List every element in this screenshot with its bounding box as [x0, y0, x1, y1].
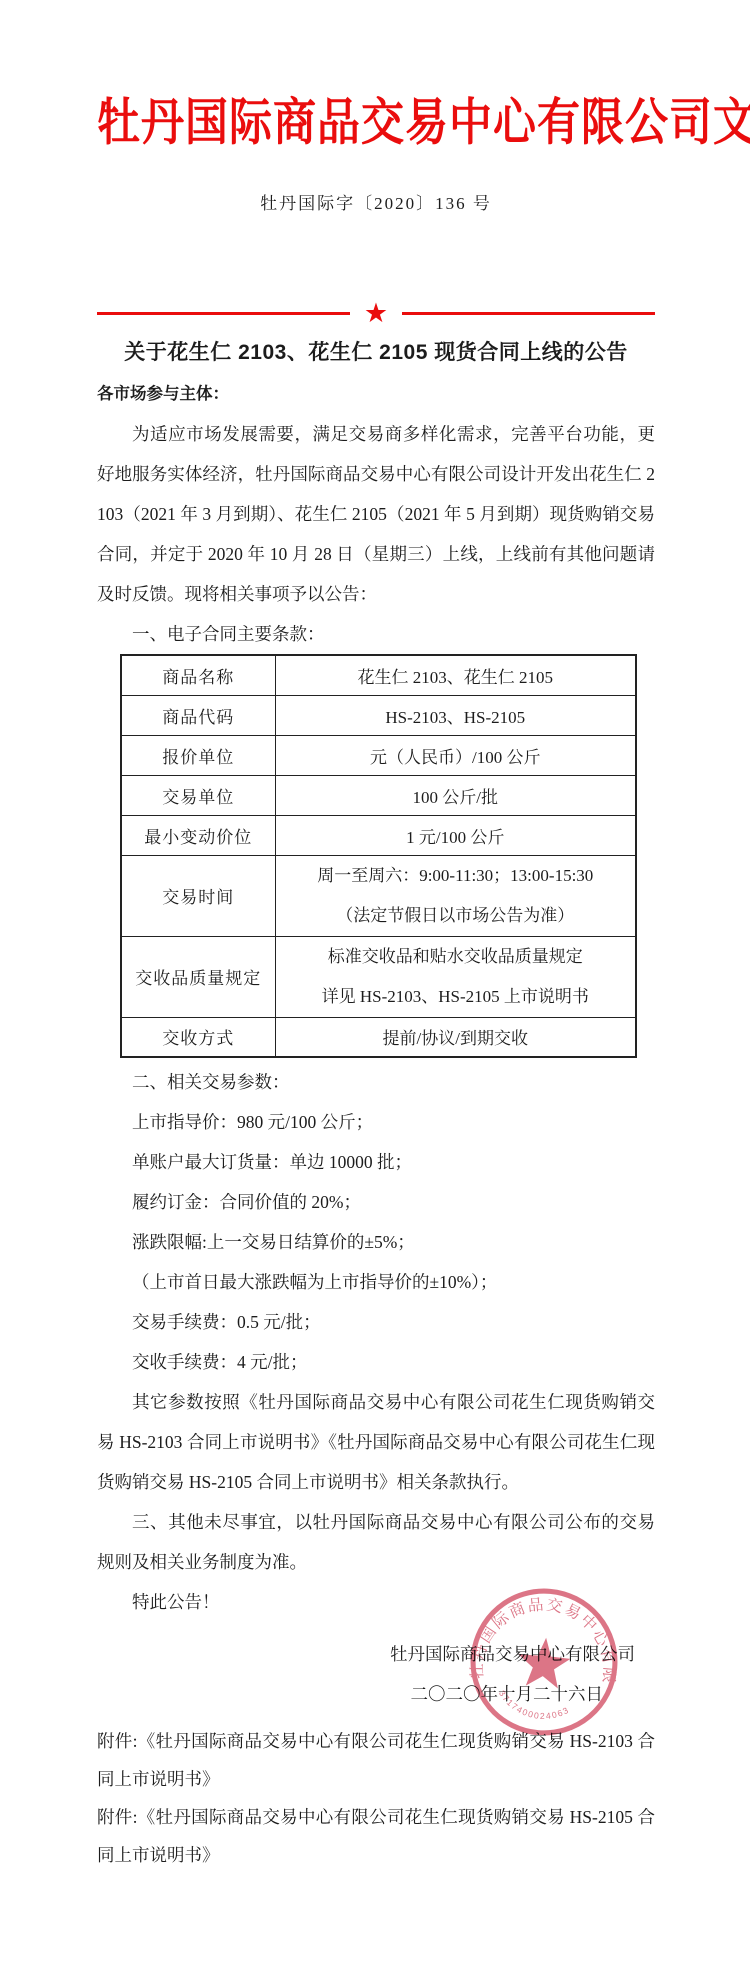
value-line: （法定节假日以市场公告为准） — [280, 896, 632, 936]
value-line: 周一至周六：9:00-11:30；13:00-15:30 — [280, 856, 632, 896]
param-line: 交收手续费：4 元/批； — [97, 1342, 655, 1382]
row-value: 周一至周六：9:00-11:30；13:00-15:30 （法定节假日以市场公告… — [275, 855, 636, 936]
divider-line-right — [402, 312, 655, 315]
row-label: 交易时间 — [121, 855, 275, 936]
row-label: 商品代码 — [121, 695, 275, 735]
row-value: 元（人民币）/100 公斤 — [275, 735, 636, 775]
section3-paragraph: 三、其他未尽事宜，以牡丹国际商品交易中心有限公司公布的交易规则及相关业务制度为准… — [97, 1502, 655, 1582]
other-params-paragraph: 其它参数按照《牡丹国际商品交易中心有限公司花生仁现货购销交易 HS-2103 合… — [97, 1382, 655, 1502]
table-row: 交收品质量规定 标准交收品和贴水交收品质量规定 详见 HS-2103、HS-21… — [121, 936, 636, 1017]
table-row: 交收方式 提前/协议/到期交收 — [121, 1017, 636, 1057]
table-row: 商品代码 HS-2103、HS-2105 — [121, 695, 636, 735]
table-row: 交易时间 周一至周六：9:00-11:30；13:00-15:30 （法定节假日… — [121, 855, 636, 936]
signature-date: 二〇二〇年十月二十六日 — [97, 1674, 655, 1714]
row-value: 100 公斤/批 — [275, 775, 636, 815]
attachments-block: 附件:《牡丹国际商品交易中心有限公司花生仁现货购销交易 HS-2103 合同上市… — [97, 1722, 655, 1874]
param-line: 涨跌限幅:上一交易日结算价的±5%； — [97, 1222, 655, 1262]
table-row: 交易单位 100 公斤/批 — [121, 775, 636, 815]
red-star-divider: ★ — [97, 298, 655, 328]
section1-heading: 一、电子合同主要条款： — [97, 614, 655, 654]
announcement-title: 关于花生仁 2103、花生仁 2105 现货合同上线的公告 — [97, 338, 655, 368]
attachment-line: 附件:《牡丹国际商品交易中心有限公司花生仁现货购销交易 HS-2103 合同上市… — [97, 1722, 655, 1798]
trade-params-list: 上市指导价：980 元/100 公斤； 单账户最大订货量：单边 10000 批；… — [97, 1102, 655, 1382]
row-value: 标准交收品和贴水交收品质量规定 详见 HS-2103、HS-2105 上市说明书 — [275, 936, 636, 1017]
document-number: 牡丹国际字〔2020〕136 号 — [97, 192, 655, 216]
closing-line: 特此公告！ — [97, 1582, 655, 1622]
row-value: HS-2103、HS-2105 — [275, 695, 636, 735]
param-line: （上市首日最大涨跌幅为上市指导价的±10%）； — [97, 1262, 655, 1302]
attachment-line: 附件:《牡丹国际商品交易中心有限公司花生仁现货购销交易 HS-2105 合同上市… — [97, 1798, 655, 1874]
star-icon: ★ — [364, 300, 388, 327]
salutation: 各市场参与主体： — [97, 380, 655, 408]
value-line: 详见 HS-2103、HS-2105 上市说明书 — [280, 977, 632, 1017]
row-value: 花生仁 2103、花生仁 2105 — [275, 655, 636, 695]
table-row: 最小变动价位 1 元/100 公斤 — [121, 815, 636, 855]
signature-block: 牡丹国际商品交易中心有限公司 二〇二〇年十月二十六日 — [97, 1634, 655, 1714]
param-line: 交易手续费：0.5 元/批； — [97, 1302, 655, 1342]
value-line: 标准交收品和贴水交收品质量规定 — [280, 937, 632, 977]
param-line: 单账户最大订货量：单边 10000 批； — [97, 1142, 655, 1182]
row-label: 交收方式 — [121, 1017, 275, 1057]
divider-line-left — [97, 312, 350, 315]
param-line: 履约订金：合同价值的 20%； — [97, 1182, 655, 1222]
table-row: 报价单位 元（人民币）/100 公斤 — [121, 735, 636, 775]
row-value: 提前/协议/到期交收 — [275, 1017, 636, 1057]
official-document-page: 牡丹国际商品交易中心有限公司文件 牡丹国际字〔2020〕136 号 ★ 关于花生… — [0, 0, 750, 1964]
row-label: 最小变动价位 — [121, 815, 275, 855]
intro-paragraph: 为适应市场发展需要，满足交易商多样化需求，完善平台功能，更好地服务实体经济，牡丹… — [97, 414, 655, 614]
section2-heading: 二、相关交易参数： — [97, 1062, 655, 1102]
document-content: 牡丹国际商品交易中心有限公司文件 牡丹国际字〔2020〕136 号 ★ 关于花生… — [0, 92, 750, 1874]
letterhead-title: 牡丹国际商品交易中心有限公司文件 — [97, 86, 655, 159]
row-value: 1 元/100 公斤 — [275, 815, 636, 855]
row-label: 商品名称 — [121, 655, 275, 695]
row-label: 交收品质量规定 — [121, 936, 275, 1017]
row-label: 报价单位 — [121, 735, 275, 775]
contract-terms-table: 商品名称 花生仁 2103、花生仁 2105 商品代码 HS-2103、HS-2… — [120, 654, 637, 1058]
row-label: 交易单位 — [121, 775, 275, 815]
table-row: 商品名称 花生仁 2103、花生仁 2105 — [121, 655, 636, 695]
signature-company: 牡丹国际商品交易中心有限公司 — [97, 1634, 655, 1674]
param-line: 上市指导价：980 元/100 公斤； — [97, 1102, 655, 1142]
